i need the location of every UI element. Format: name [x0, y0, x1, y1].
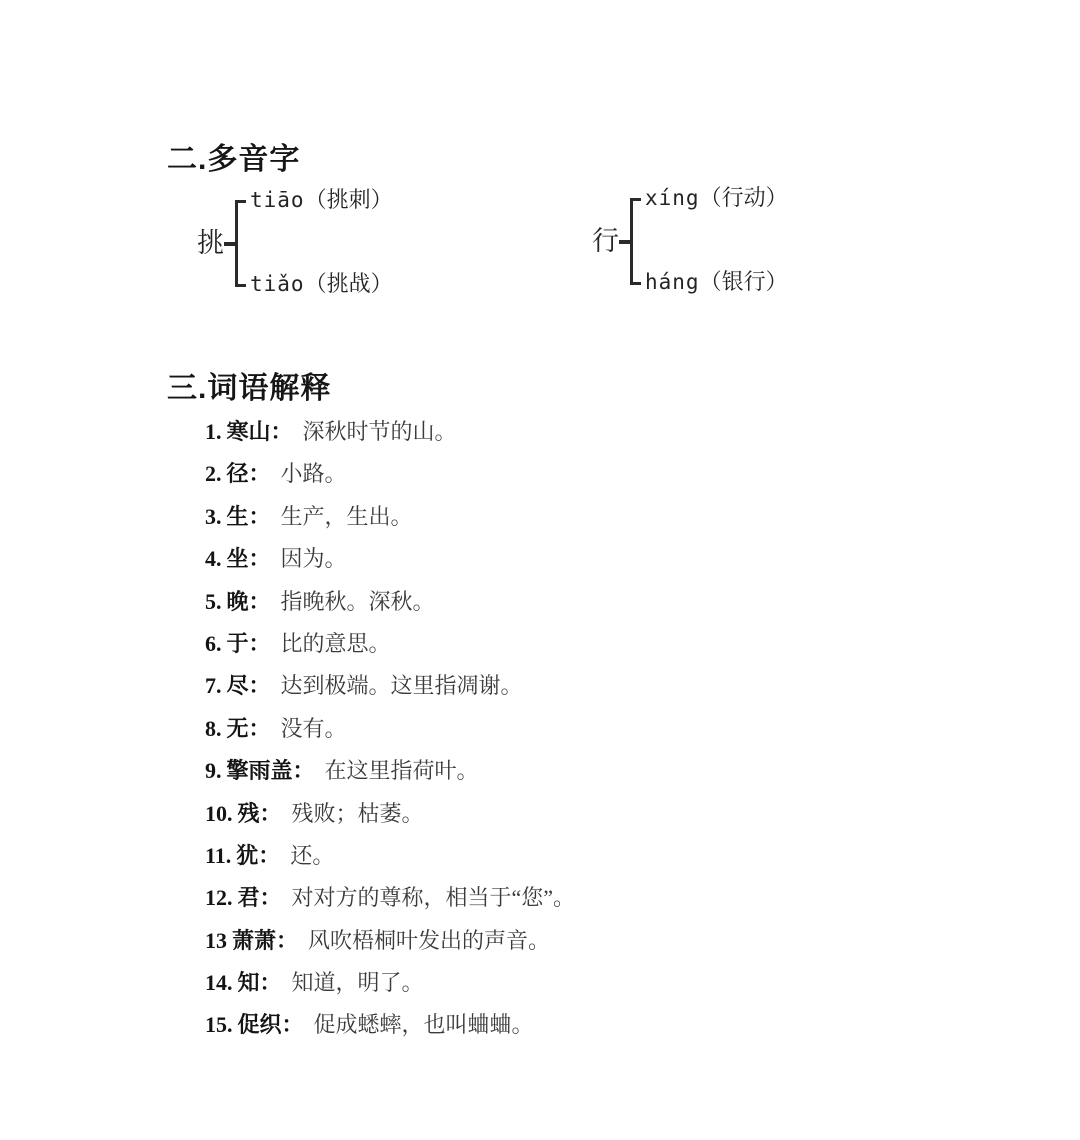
item-definition: 促成蟋蟀，也叫蛐蛐。	[314, 1012, 534, 1037]
reading-line: tiāo（挑刺）	[250, 186, 393, 217]
item-number: 2.	[205, 461, 222, 486]
item-definition: 在这里指荷叶。	[325, 758, 479, 783]
item-term: 擎雨盖：	[227, 758, 315, 783]
pinyin-text: xíng	[645, 186, 700, 210]
item-term: 知：	[238, 970, 282, 995]
polyphone-character: 挑	[197, 230, 224, 257]
definition-item: 4.坐：因为。	[205, 538, 575, 580]
definition-item: 2.径：小路。	[205, 453, 575, 495]
item-definition: 风吹梧桐叶发出的声音。	[308, 928, 550, 953]
reading-line: xíng（行动）	[645, 184, 788, 215]
item-definition: 残败；枯萎。	[292, 801, 424, 826]
definition-item: 8.无：没有。	[205, 708, 575, 750]
item-definition: 知道，明了。	[292, 970, 424, 995]
item-definition: 比的意思。	[281, 631, 391, 656]
item-number: 12.	[205, 885, 233, 910]
item-term: 君：	[238, 885, 282, 910]
item-number: 7.	[205, 673, 222, 698]
definition-item: 10.残：残败；枯萎。	[205, 793, 575, 835]
definition-item: 1.寒山：深秋时节的山。	[205, 411, 575, 453]
definition-item: 6.于：比的意思。	[205, 623, 575, 665]
section-2-heading: 二.多音字	[167, 134, 300, 178]
example-word: （银行）	[700, 269, 788, 294]
item-number: 4.	[205, 546, 222, 571]
polyphone-character: 行	[592, 228, 619, 255]
item-term: 寒山：	[227, 419, 293, 444]
reading-line: háng（银行）	[645, 268, 788, 299]
item-term: 尽：	[227, 673, 271, 698]
item-term: 坐：	[227, 546, 271, 571]
definition-item: 3.生：生产，生出。	[205, 496, 575, 538]
definition-item: 12.君：对对方的尊称，相当于“您”。	[205, 877, 575, 919]
item-number: 6.	[205, 631, 222, 656]
item-number: 9.	[205, 758, 222, 783]
document-page: 二.多音字 挑 tiāo（挑刺） tiǎo（挑战） 行 xíng（行动）	[0, 0, 1080, 1140]
pinyin-text: tiǎo	[250, 272, 305, 296]
bracket-shape	[619, 198, 642, 285]
pinyin-text: háng	[645, 270, 700, 294]
item-definition: 指晚秋。深秋。	[281, 589, 435, 614]
item-definition: 因为。	[281, 546, 347, 571]
item-definition: 还。	[290, 843, 334, 868]
item-number: 10.	[205, 801, 233, 826]
definition-item: 15.促织：促成蟋蟀，也叫蛐蛐。	[205, 1004, 575, 1046]
item-number: 8.	[205, 716, 222, 741]
item-number: 3.	[205, 504, 222, 529]
example-word: （挑刺）	[305, 187, 393, 212]
item-term: 于：	[227, 631, 271, 656]
item-term: 晚：	[227, 589, 271, 614]
section-3-heading: 三.词语解释	[167, 363, 331, 407]
item-term: 无：	[227, 716, 271, 741]
item-term: 萧萧：	[232, 928, 298, 953]
example-word: （行动）	[700, 185, 788, 210]
item-term: 径：	[227, 461, 271, 486]
definition-list: 1.寒山：深秋时节的山。 2.径：小路。 3.生：生产，生出。 4.坐：因为。 …	[205, 411, 575, 1047]
item-definition: 小路。	[281, 461, 347, 486]
definition-item: 7.尽：达到极端。这里指凋谢。	[205, 665, 575, 707]
item-number: 1.	[205, 419, 222, 444]
definition-item: 13萧萧：风吹梧桐叶发出的声音。	[205, 920, 575, 962]
item-definition: 深秋时节的山。	[303, 419, 457, 444]
reading-line: tiǎo（挑战）	[250, 270, 393, 301]
definition-item: 5.晚：指晚秋。深秋。	[205, 581, 575, 623]
item-term: 犹：	[236, 843, 280, 868]
item-term: 生：	[227, 504, 271, 529]
item-term: 促织：	[238, 1012, 304, 1037]
bracket-shape	[224, 200, 247, 287]
polyphone-group-hang: 行 xíng（行动） háng（银行）	[592, 184, 788, 299]
item-definition: 没有。	[281, 716, 347, 741]
item-number: 13	[205, 928, 227, 953]
item-number: 5.	[205, 589, 222, 614]
item-number: 11.	[205, 843, 231, 868]
definition-item: 11.犹：还。	[205, 835, 575, 877]
item-number: 14.	[205, 970, 233, 995]
item-definition: 生产，生出。	[281, 504, 413, 529]
bracket-stem-line	[630, 198, 641, 285]
readings-column: tiāo（挑刺） tiǎo（挑战）	[250, 186, 393, 301]
bracket-stem-line	[235, 200, 246, 287]
example-word: （挑战）	[305, 271, 393, 296]
pinyin-text: tiāo	[250, 188, 305, 212]
definition-item: 9.擎雨盖：在这里指荷叶。	[205, 750, 575, 792]
readings-column: xíng（行动） háng（银行）	[645, 184, 788, 299]
item-term: 残：	[238, 801, 282, 826]
item-number: 15.	[205, 1012, 233, 1037]
item-definition: 达到极端。这里指凋谢。	[281, 673, 523, 698]
polyphone-group-tiao: 挑 tiāo（挑刺） tiǎo（挑战）	[197, 186, 393, 301]
definition-item: 14.知：知道，明了。	[205, 962, 575, 1004]
item-definition: 对对方的尊称，相当于“您”。	[292, 885, 576, 910]
